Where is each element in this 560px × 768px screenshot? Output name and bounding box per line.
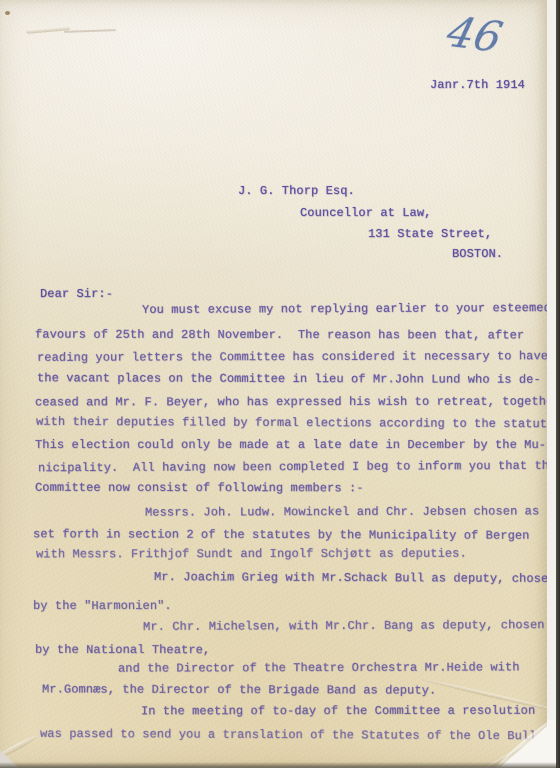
letter-line: In the meeting of to-day of the Committe… [141,705,535,719]
letter-paper: 46 Janr.7th 1914 J. G. Thorp Esq. Counce… [0,0,547,767]
letter-line: with their deputies filled by formal ele… [36,416,547,432]
letter-line: and the Director of the Theatre Orchestr… [118,661,520,676]
letter-line: the vacant places on the Committee in li… [37,372,541,387]
letter-line: by the National Theatre, [35,644,210,658]
paper-tear-line [64,29,116,33]
letter-line: Mr.Gomnæs, the Director of the Brigade B… [42,683,436,698]
paper-speck [5,11,10,15]
scanner-edge-right [556,0,560,768]
salutation: Dear Sir:- [40,288,113,302]
recipient-title: Councellor at Law, [300,207,431,221]
letter-line: by the "Harmonien". [33,600,172,614]
scanner-edge-bottom [0,762,557,768]
recipient-name: J. G. Thorp Esq. [238,185,355,199]
letter-line: reading your letters the Committee has c… [37,350,547,365]
date-line: Janr.7th 1914 [430,79,525,93]
letter-line: nicipality. All having now been complete… [38,460,547,476]
letter-line: This election could only be made at a la… [35,439,546,453]
letter-line: was passed to send you a translation of … [40,728,537,744]
letter-line: set forth in section 2 of the statutes b… [33,528,530,543]
letter-line: favours of 25th and 28th November. The r… [35,329,524,344]
scanned-letter: { "letter": { "archive_number": "46", "d… [0,0,560,768]
letter-line: Mr. Chr. Michelsen, with Mr.Chr. Bang as… [143,619,545,635]
letter-line: ceased and Mr. F. Beyer, who has express… [35,396,547,411]
letter-line: Messrs. Joh. Ludw. Mowinckel and Chr. Je… [145,505,539,520]
recipient-street: 131 State Street, [368,228,492,242]
recipient-city: BOSTON. [452,248,503,262]
letter-line: with Messrs. Frithjof Sundt and Ingolf S… [36,548,467,562]
letter-line: Mr. Joachim Grieg with Mr.Schack Bull as… [154,571,547,587]
archive-number-handwritten: 46 [442,7,507,61]
letter-line: You must excuse my not replying earlier … [142,302,547,318]
letter-line: Committee now consist of following membe… [35,482,364,496]
